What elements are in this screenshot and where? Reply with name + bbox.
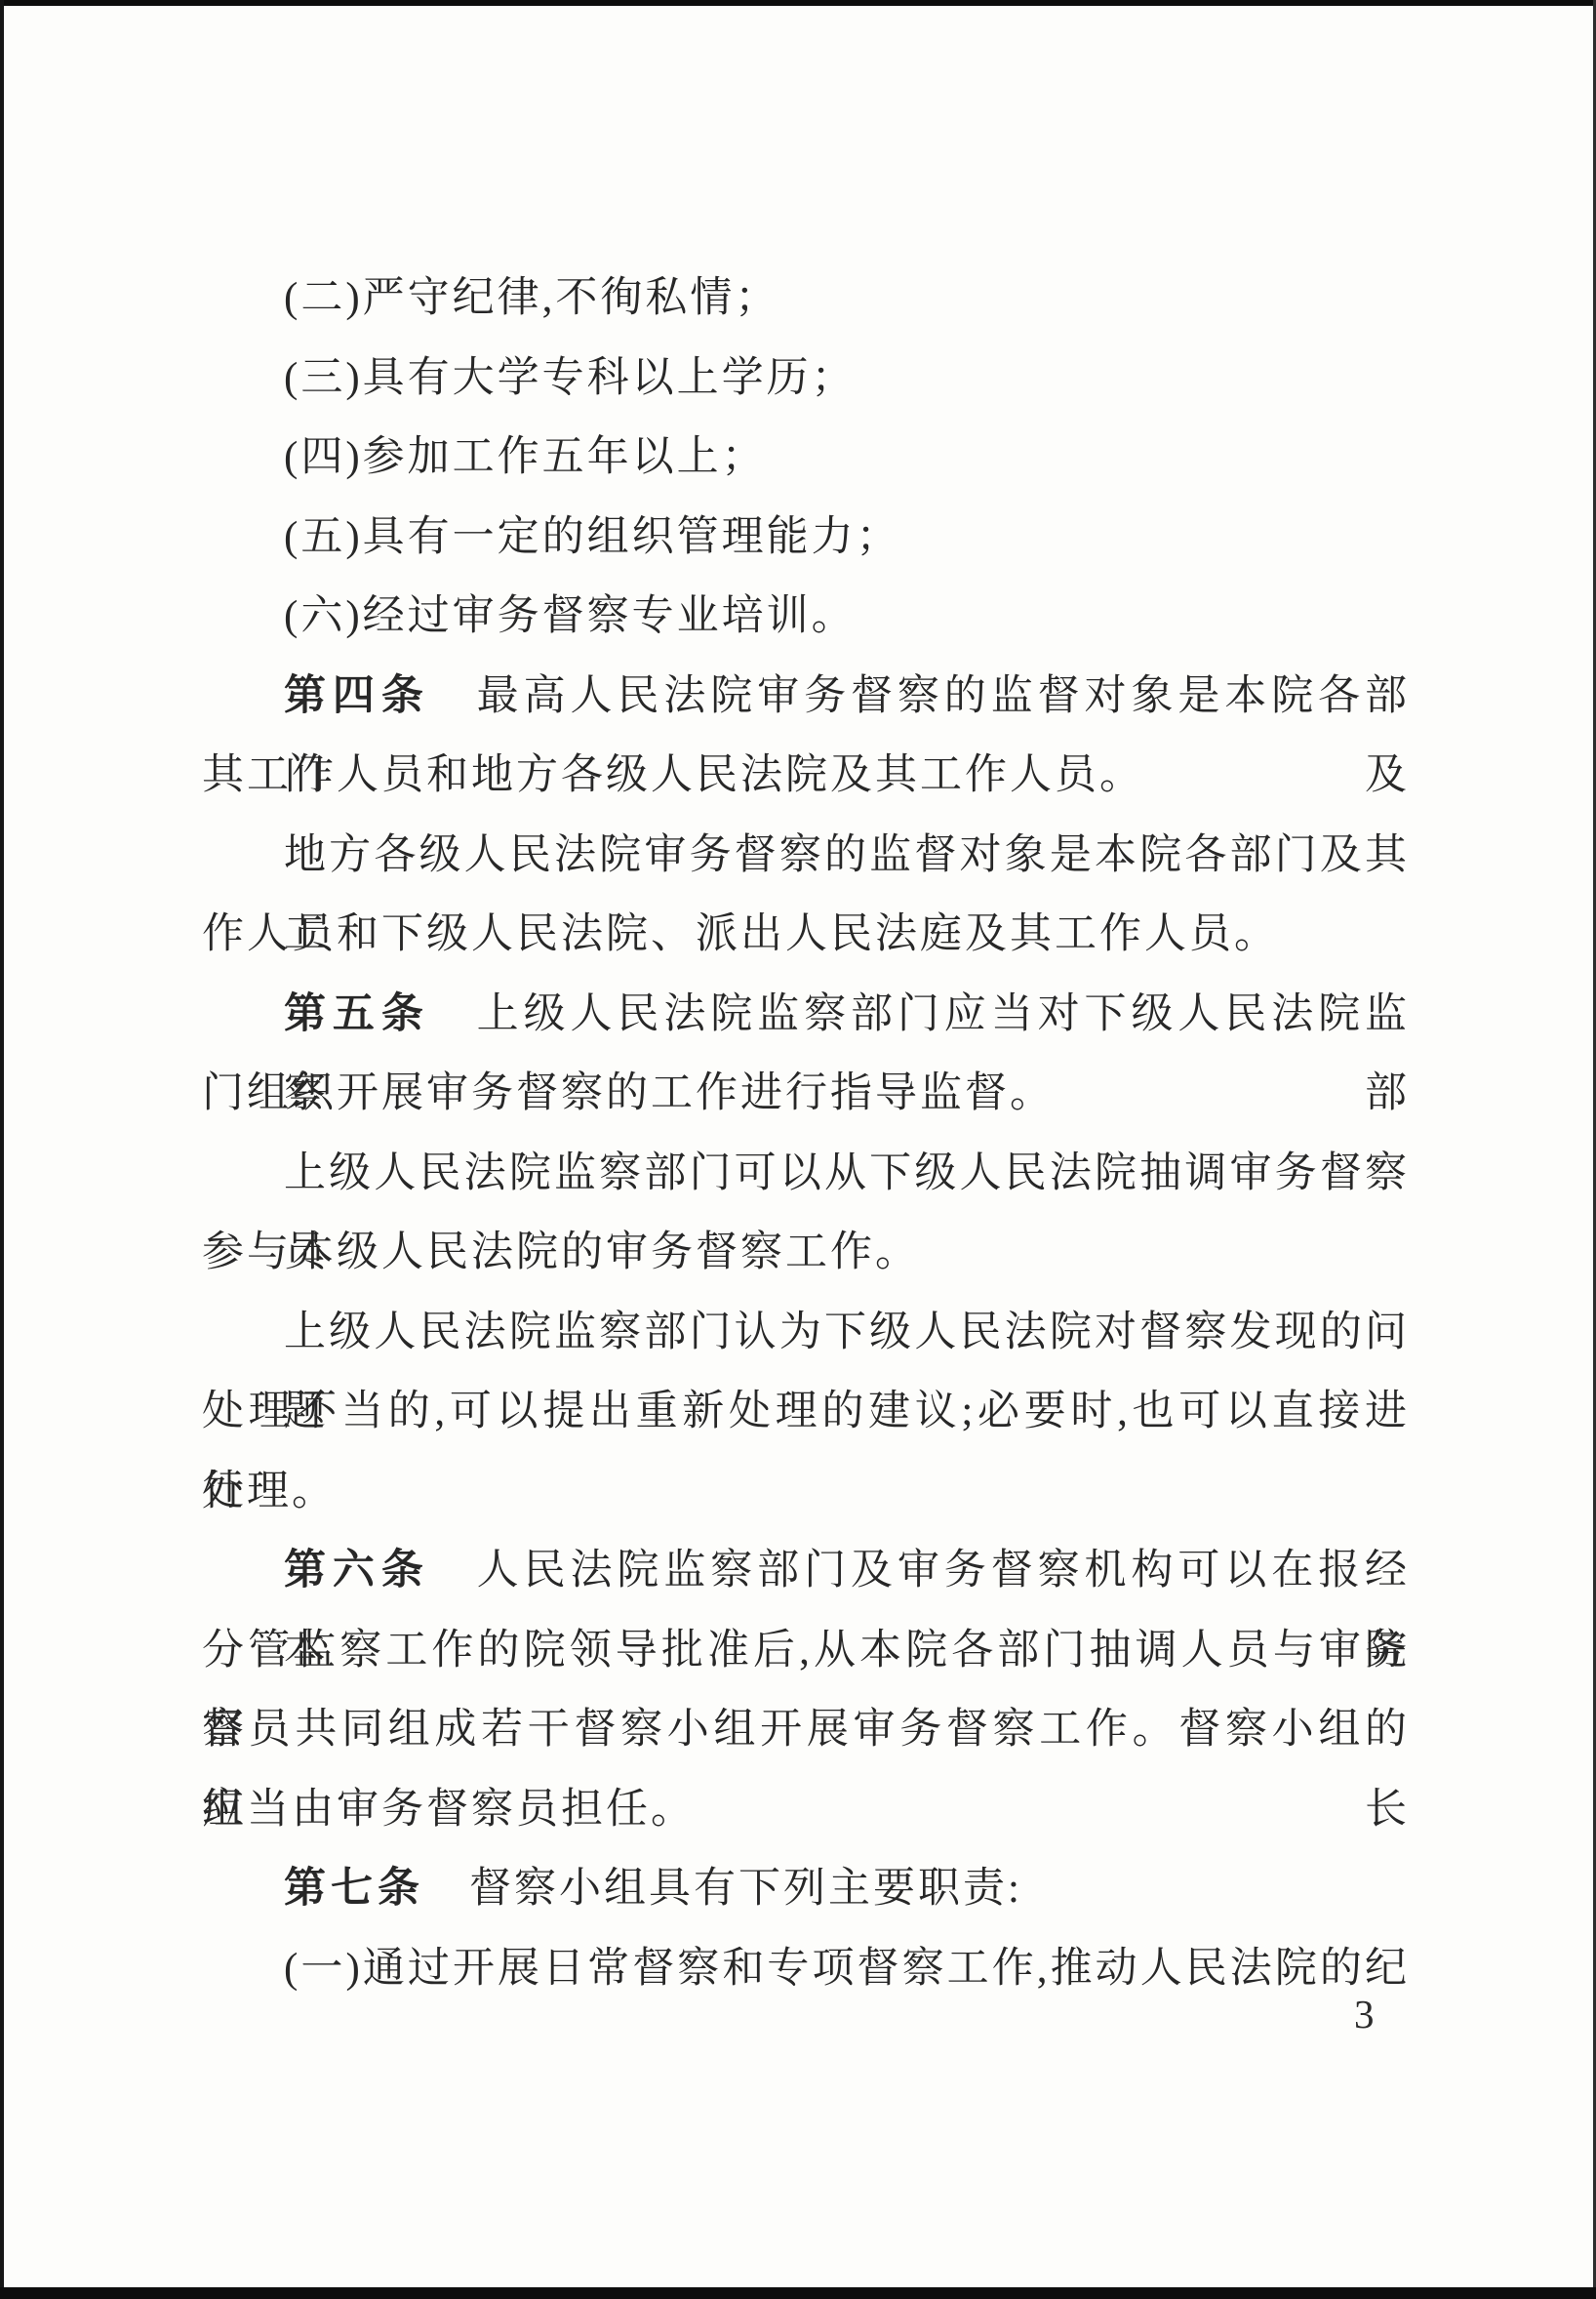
page-number: 3 bbox=[1354, 1989, 1375, 2039]
text-line: 分管监察工作的院领导批准后,从本院各部门抽调人员与审务督 bbox=[202, 1611, 1410, 1691]
text-line: 上级人民法院监察部门可以从下级人民法院抽调审务督察员 bbox=[202, 1134, 1410, 1214]
text-line: 处理不当的,可以提出重新处理的建议;必要时,也可以直接进行 bbox=[202, 1372, 1410, 1452]
text-line: (五)具有一定的组织管理能力； bbox=[202, 498, 1410, 578]
scan-edge-left bbox=[0, 0, 4, 2299]
text-line: 第六条 人民法院监察部门及审务督察机构可以在报经本院 bbox=[202, 1531, 1410, 1611]
text-line: 上级人民法院监察部门认为下级人民法院对督察发现的问题 bbox=[202, 1293, 1410, 1373]
text-line: 处理。 bbox=[202, 1452, 1410, 1532]
text-line: 第七条 督察小组具有下列主要职责: bbox=[202, 1849, 1410, 1929]
text-line: 第五条 上级人民法院监察部门应当对下级人民法院监察部 bbox=[202, 975, 1410, 1055]
article-number: 第七条 bbox=[284, 1866, 424, 1912]
text-line: 作人员和下级人民法院、派出人民法庭及其工作人员。 bbox=[202, 895, 1410, 975]
text-line: 参与本级人民法院的审务督察工作。 bbox=[202, 1213, 1410, 1293]
text-line: (一)通过开展日常督察和专项督察工作,推动人民法院的纪 bbox=[202, 1929, 1410, 2009]
scan-edge-bottom bbox=[0, 2287, 1596, 2299]
text-line: (四)参加工作五年以上； bbox=[202, 418, 1410, 498]
scanned-document-page: (二)严守纪律,不徇私情；(三)具有大学专科以上学历；(四)参加工作五年以上；(… bbox=[0, 0, 1596, 2299]
article-number: 第六条 bbox=[284, 1548, 430, 1593]
text-line: 地方各级人民法院审务督察的监督对象是本院各部门及其工 bbox=[202, 816, 1410, 896]
text-line: 第四条 最高人民法院审务督察的监督对象是本院各部门及 bbox=[202, 657, 1410, 737]
article-number: 第四条 bbox=[284, 673, 430, 719]
text-line: (三)具有大学专科以上学历； bbox=[202, 339, 1410, 419]
text-line: 察员共同组成若干督察小组开展审务督察工作。督察小组的组长 bbox=[202, 1690, 1410, 1770]
document-body: (二)严守纪律,不徇私情；(三)具有大学专科以上学历；(四)参加工作五年以上；(… bbox=[202, 259, 1410, 2008]
scan-edge-top bbox=[0, 0, 1596, 6]
text-line: (六)经过审务督察专业培训。 bbox=[202, 577, 1410, 657]
article-number: 第五条 bbox=[284, 991, 430, 1037]
text-line: (二)严守纪律,不徇私情； bbox=[202, 259, 1410, 339]
